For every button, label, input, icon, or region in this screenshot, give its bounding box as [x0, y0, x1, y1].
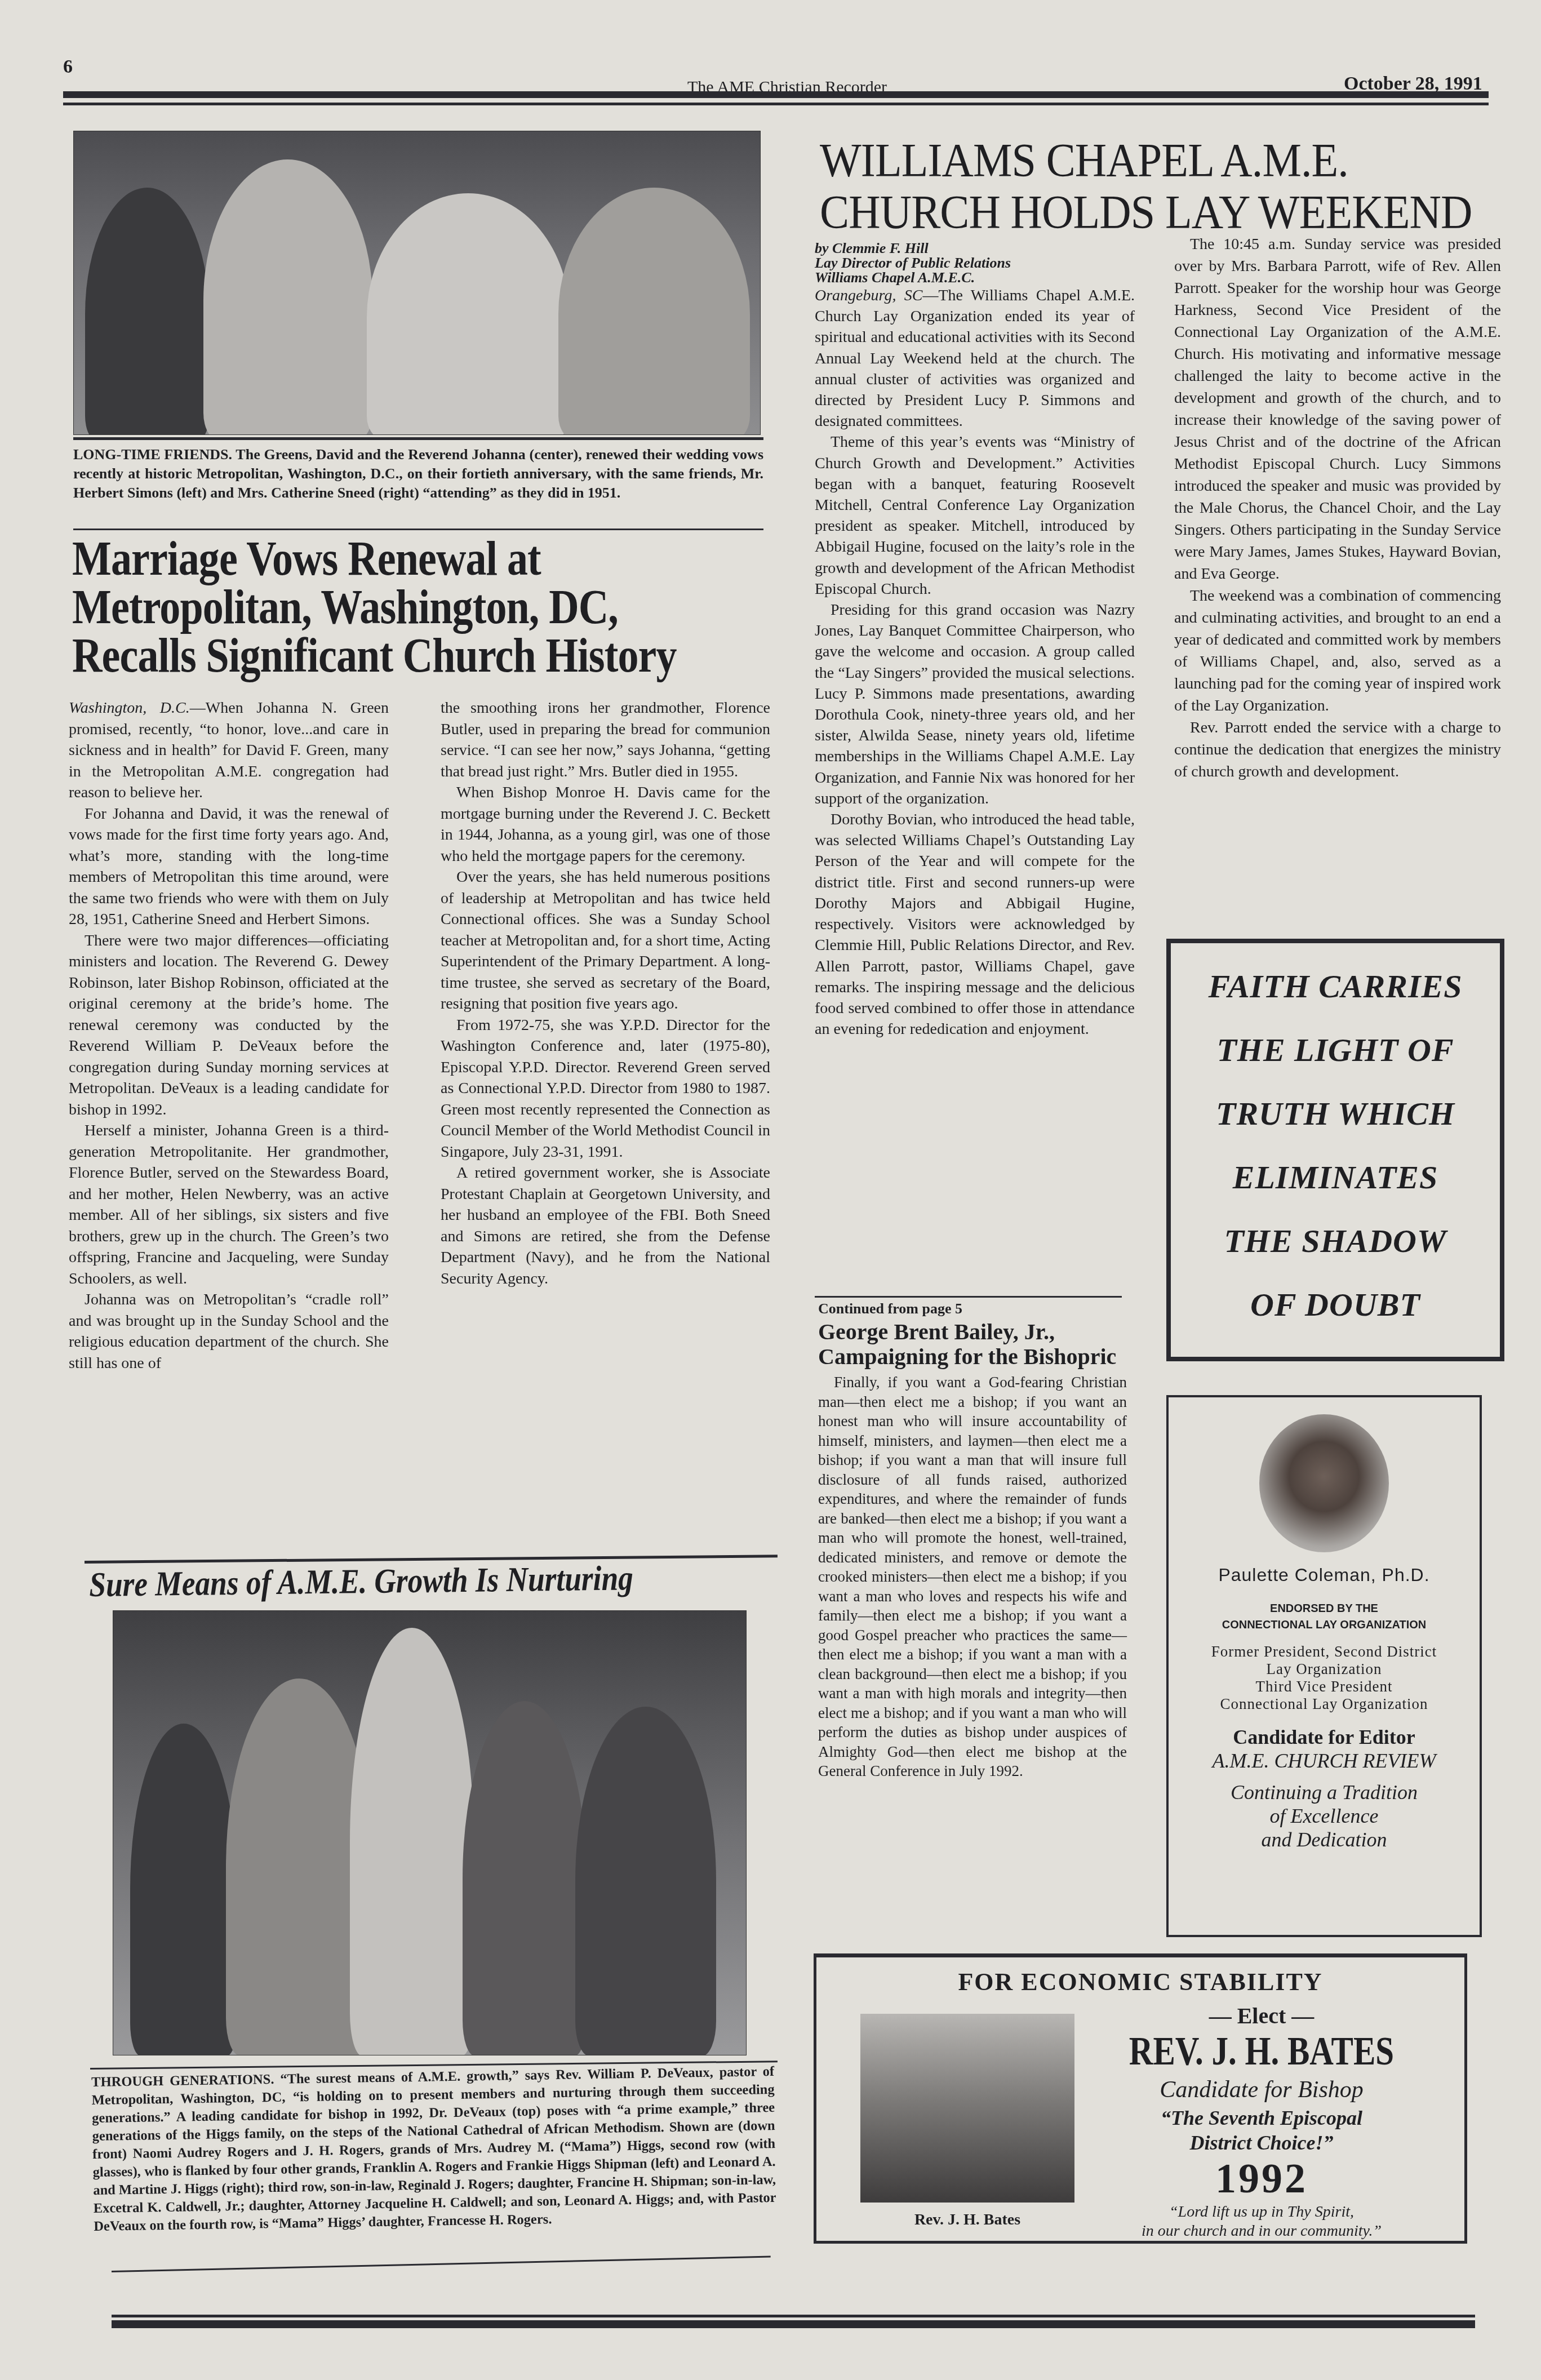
photo2-caption: THROUGH GENERATIONS. “The surest means o… [91, 2063, 776, 2236]
bates-elect: — Elect — [1081, 2002, 1442, 2029]
williams-headline: WILLIAMS CHAPEL A.M.E. CHURCH HOLDS LAY … [820, 135, 1475, 239]
quote-line: District Choice!” [1081, 2130, 1442, 2155]
williams-column-1: Orangeburg, SC—The Williams Chapel A.M.E… [815, 285, 1135, 1040]
bates-text-block: — Elect — REV. J. H. BATES Candidate for… [1081, 2002, 1442, 2241]
bates-name: REV. J. H. BATES [1114, 2029, 1410, 2073]
masthead-rule-thin [63, 103, 1489, 105]
endorsed-line-1: ENDORSED BY THE [1169, 1602, 1480, 1615]
motto-line: “Lord lift us up in Thy Spirit, [1081, 2203, 1442, 2222]
marriage-headline-line-1: Marriage Vows Renewal at [72, 534, 677, 583]
bailey-headline-line-1: George Brent Bailey, Jr., [818, 1320, 1116, 1344]
marriage-headline-line-2: Metropolitan, Washington, DC, [72, 583, 677, 631]
role-line: Lay Organization [1169, 1660, 1480, 1678]
paragraph: A retired government worker, she is Asso… [441, 1162, 770, 1289]
role-line: Former President, Second District [1169, 1643, 1480, 1660]
role-line: Connectional Lay Organization [1169, 1695, 1480, 1713]
byline-title: Lay Director of Public Relations [815, 256, 1130, 270]
bailey-headline-line-2: Campaigning for the Bishopric [818, 1344, 1116, 1369]
faith-line: THE LIGHT OF [1171, 1018, 1500, 1082]
byline-org: Williams Chapel A.M.E.C. [815, 270, 1130, 285]
bailey-rule [815, 1296, 1122, 1298]
paragraph: The weekend was a combination of commenc… [1174, 585, 1501, 717]
paragraph: Rev. Parrott ended the service with a ch… [1174, 717, 1501, 783]
bailey-body: Finally, if you want a God-fearing Chris… [818, 1373, 1127, 1781]
paragraph: For Johanna and David, it was the renewa… [69, 803, 389, 930]
faith-line: TRUTH WHICH [1171, 1082, 1500, 1145]
paragraph: Theme of this year’s events was “Ministr… [815, 432, 1135, 600]
photo2-caption-lead: THROUGH GENERATIONS. [91, 2072, 274, 2090]
slogan-line: Continuing a Tradition [1169, 1780, 1480, 1804]
photo1-caption-lead: LONG-TIME FRIENDS. [73, 446, 232, 463]
paragraph: the smoothing irons her grandmother, Flo… [441, 698, 770, 782]
bates-photo-caption: Rev. J. H. Bates [860, 2211, 1074, 2229]
paragraph: Dorothy Bovian, who introduced the head … [815, 809, 1135, 1040]
bates-portrait [860, 2014, 1074, 2203]
marriage-headline: Marriage Vows Renewal at Metropolitan, W… [72, 534, 677, 680]
paragraph: Washington, D.C.—When Johanna N. Green p… [69, 698, 389, 803]
marriage-column-2: the smoothing irons her grandmother, Flo… [441, 698, 770, 1289]
dateline: Orangeburg, SC [815, 287, 922, 304]
slogan-line: and Dedication [1169, 1828, 1480, 1851]
williams-headline-line-1: WILLIAMS CHAPEL A.M.E. [820, 135, 1475, 187]
footer-rule-thick [112, 2320, 1475, 2328]
williams-headline-line-2: CHURCH HOLDS LAY WEEKEND [820, 187, 1475, 239]
coleman-portrait [1259, 1414, 1389, 1552]
faith-line: THE SHADOW [1171, 1209, 1500, 1273]
coleman-name: Paulette Coleman, Ph.D. [1169, 1565, 1480, 1586]
photo1-caption: LONG-TIME FRIENDS. The Greens, David and… [73, 445, 763, 503]
faith-line: ELIMINATES [1171, 1145, 1500, 1209]
photo-long-time-friends [73, 131, 761, 435]
growth-headline: Sure Means of A.M.E. Growth Is Nurturing [89, 1558, 633, 1605]
bates-year: 1992 [1081, 2155, 1442, 2203]
dateline: Washington, D.C. [69, 699, 190, 717]
faith-quote-box: FAITH CARRIES THE LIGHT OF TRUTH WHICH E… [1166, 939, 1504, 1361]
faith-line: OF DOUBT [1171, 1273, 1500, 1336]
paragraph: When Bishop Monroe H. Davis came for the… [441, 782, 770, 867]
caption-rule [73, 529, 763, 530]
marriage-column-1: Washington, D.C.—When Johanna N. Green p… [69, 698, 389, 1374]
williams-column-2: The 10:45 a.m. Sunday service was presid… [1174, 233, 1501, 783]
photo-higgs-family [113, 1610, 747, 2055]
paragraph: There were two major differences—officia… [69, 930, 389, 1121]
endorsed-line-2: CONNECTIONAL LAY ORGANIZATION [1169, 1619, 1480, 1632]
coleman-campaign-ad: Paulette Coleman, Ph.D. ENDORSED BY THE … [1166, 1395, 1482, 1937]
caption2-rule [112, 2255, 771, 2272]
paragraph: From 1972-75, she was Y.P.D. Director fo… [441, 1015, 770, 1163]
photo2-caption-text: “The surest means of A.M.E. growth,” say… [92, 2064, 776, 2234]
bates-quote: “The Seventh Episcopal District Choice!” [1081, 2106, 1442, 2155]
bailey-headline: George Brent Bailey, Jr., Campaigning fo… [818, 1320, 1116, 1369]
footer-rule-thin [112, 2315, 1475, 2317]
byline-author: by Clemmie F. Hill [815, 241, 1130, 256]
paragraph: Johanna was on Metropolitan’s “cradle ro… [69, 1289, 389, 1374]
bates-banner: FOR ECONOMIC STABILITY [816, 1968, 1464, 1996]
bates-campaign-ad: FOR ECONOMIC STABILITY Rev. J. H. Bates … [814, 1953, 1467, 2244]
williams-byline: by Clemmie F. Hill Lay Director of Publi… [815, 241, 1130, 285]
paragraph-text: —The Williams Chapel A.M.E. Church Lay O… [815, 287, 1135, 430]
masthead-rule-thick [63, 91, 1489, 98]
paragraph: The 10:45 a.m. Sunday service was presid… [1174, 233, 1501, 585]
slogan-line: of Excellence [1169, 1804, 1480, 1828]
motto-line: in our church and in our community.” [1081, 2222, 1442, 2241]
coleman-slogan: Continuing a Tradition of Excellence and… [1169, 1780, 1480, 1851]
coleman-roles: Former President, Second District Lay Or… [1169, 1643, 1480, 1713]
photo1-rule [73, 437, 763, 440]
bates-office: Candidate for Bishop [1081, 2076, 1442, 2103]
paragraph: Over the years, she has held numerous po… [441, 867, 770, 1015]
marriage-headline-line-3: Recalls Significant Church History [72, 631, 677, 680]
faith-line: FAITH CARRIES [1171, 954, 1500, 1018]
quote-line: “The Seventh Episcopal [1081, 2106, 1442, 2130]
continued-label: Continued from page 5 [818, 1300, 962, 1317]
candidate-for-editor: Candidate for Editor [1169, 1725, 1480, 1749]
page-number: 6 [63, 56, 73, 78]
publication-name: A.M.E. CHURCH REVIEW [1169, 1749, 1480, 1773]
paragraph: Herself a minister, Johanna Green is a t… [69, 1120, 389, 1289]
bates-motto: “Lord lift us up in Thy Spirit, in our c… [1081, 2203, 1442, 2241]
paragraph: Presiding for this grand occasion was Na… [815, 600, 1135, 809]
paragraph: Finally, if you want a God-fearing Chris… [818, 1373, 1127, 1781]
paragraph: Orangeburg, SC—The Williams Chapel A.M.E… [815, 285, 1135, 432]
role-line: Third Vice President [1169, 1678, 1480, 1695]
